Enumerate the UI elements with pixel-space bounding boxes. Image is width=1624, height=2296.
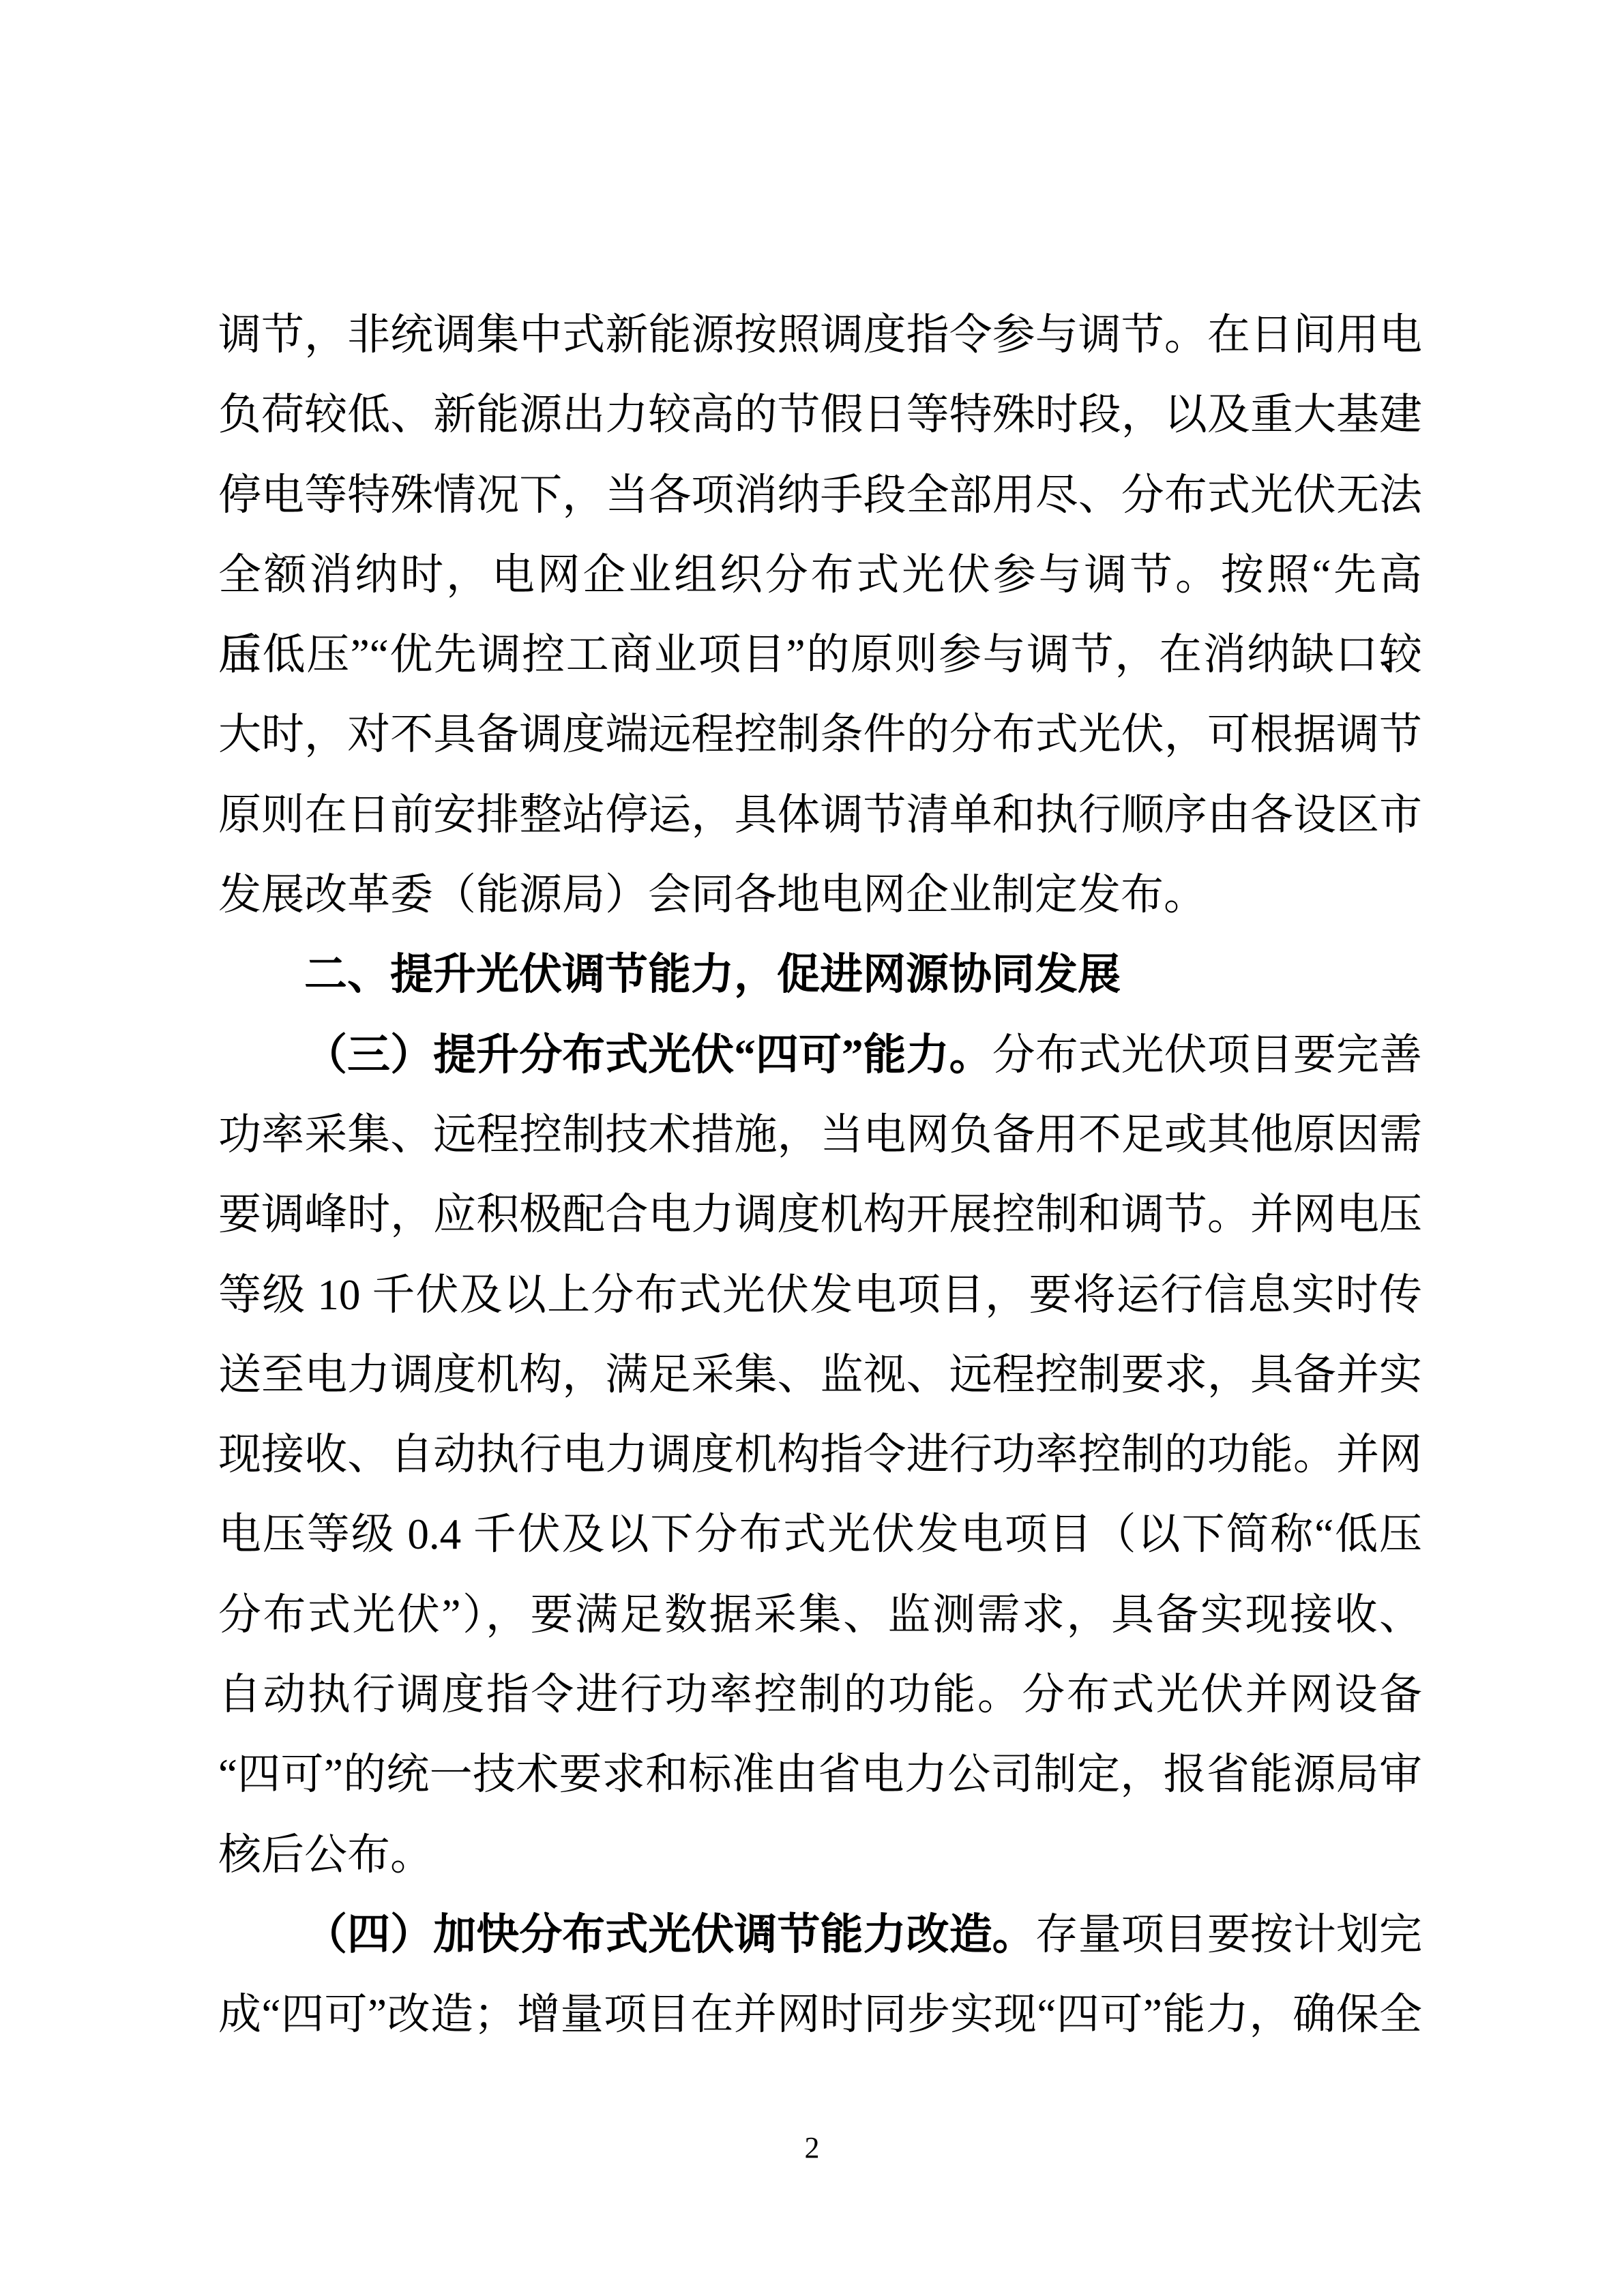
text-line: 送至电力调度机构，满足采集、监视、远程控制要求，具备并实 [218, 1335, 1422, 1415]
body-text: 分布式光伏项目要完善 [992, 1031, 1422, 1079]
text-line: 等级 10 千伏及以上分布式光伏发电项目，要将运行信息实时传 [218, 1255, 1422, 1335]
body-text: 等级 10 千伏及以上分布式光伏发电项目，要将运行信息实时传 [218, 1271, 1422, 1319]
body-text: 发展改革委（能源局）会同各地电网企业制定发布。 [218, 871, 1207, 919]
text-block: 调节，非统调集中式新能源按照调度指令参与调节。在日间用电负荷较低、新能源出力较高… [218, 295, 1422, 2055]
body-text: 分布式光伏”），要满足数据采集、监测需求，具备实现接收、 [218, 1591, 1422, 1639]
text-line: 后低压”“优先调控工商业项目”的原则参与调节，在消纳缺口较 [218, 615, 1422, 695]
text-line: 发展改革委（能源局）会同各地电网企业制定发布。 [218, 855, 1422, 935]
body-text: 要调峰时，应积极配合电力调度机构开展控制和调节。并网电压 [218, 1191, 1422, 1238]
text-line: “四可”的统一技术要求和标准由省电力公司制定，报省能源局审 [218, 1735, 1422, 1815]
body-text: 功率采集、远程控制技术措施，当电网负备用不足或其他原因需 [218, 1111, 1422, 1159]
page-number: 2 [0, 2117, 1624, 2179]
text-line: 二、提升光伏调节能力，促进网源协同发展 [218, 935, 1422, 1015]
body-text: “四可”的统一技术要求和标准由省电力公司制定，报省能源局审 [218, 1750, 1422, 1798]
text-line: 自动执行调度指令进行功率控制的功能。分布式光伏并网设备 [218, 1655, 1422, 1735]
body-text: 负荷较低、新能源出力较高的节假日等特殊时段，以及重大基建 [218, 391, 1422, 438]
text-line: （四）加快分布式光伏调节能力改造。存量项目要按计划完 [218, 1895, 1422, 1975]
text-line: 成“四可”改造；增量项目在并网时同步实现“四可”能力，确保全 [218, 1975, 1422, 2055]
body-text: 原则在日前安排整站停运，具体调节清单和执行顺序由各设区市 [218, 791, 1422, 839]
body-text: 后低压”“优先调控工商业项目”的原则参与调节，在消纳缺口较 [218, 631, 1422, 679]
body-text: 送至电力调度机构，满足采集、监视、远程控制要求，具备并实 [218, 1351, 1422, 1399]
body-text: 停电等特殊情况下，当各项消纳手段全部用尽、分布式光伏无法 [218, 471, 1422, 519]
text-line: 负荷较低、新能源出力较高的节假日等特殊时段，以及重大基建 [218, 375, 1422, 455]
body-text: 存量项目要按计划完 [1035, 1911, 1422, 1958]
text-line: （三）提升分布式光伏“四可”能力。分布式光伏项目要完善 [218, 1015, 1422, 1095]
text-line: 现接收、自动执行电力调度机构指令进行功率控制的功能。并网 [218, 1415, 1422, 1495]
text-line: 全额消纳时，电网企业组织分布式光伏参与调节。按照“先高压、 [218, 535, 1422, 615]
paragraph-lead: （四）加快分布式光伏调节能力改造。 [304, 1911, 1035, 1958]
text-line: 大时，对不具备调度端远程控制条件的分布式光伏，可根据调节 [218, 695, 1422, 775]
body-text: 成“四可”改造；增量项目在并网时同步实现“四可”能力，确保全 [218, 1991, 1422, 2038]
section-heading: 二、提升光伏调节能力，促进网源协同发展 [304, 951, 1121, 998]
document-page: 调节，非统调集中式新能源按照调度指令参与调节。在日间用电负荷较低、新能源出力较高… [0, 0, 1624, 2296]
text-line: 电压等级 0.4 千伏及以下分布式光伏发电项目（以下简称“低压 [218, 1495, 1422, 1575]
body-text: 大时，对不具备调度端远程控制条件的分布式光伏，可根据调节 [218, 711, 1422, 758]
text-line: 要调峰时，应积极配合电力调度机构开展控制和调节。并网电压 [218, 1175, 1422, 1255]
body-text: 现接收、自动执行电力调度机构指令进行功率控制的功能。并网 [218, 1431, 1422, 1478]
paragraph-lead: （三）提升分布式光伏“四可”能力。 [304, 1031, 992, 1079]
body-text: 核后公布。 [218, 1831, 433, 1879]
body-text: 自动执行调度指令进行功率控制的功能。分布式光伏并网设备 [218, 1671, 1422, 1718]
body-text: 电压等级 0.4 千伏及以下分布式光伏发电项目（以下简称“低压 [218, 1510, 1422, 1558]
text-line: 核后公布。 [218, 1815, 1422, 1895]
text-line: 分布式光伏”），要满足数据采集、监测需求，具备实现接收、 [218, 1575, 1422, 1655]
body-text: 调节，非统调集中式新能源按照调度指令参与调节。在日间用电 [218, 311, 1422, 359]
text-line: 原则在日前安排整站停运，具体调节清单和执行顺序由各设区市 [218, 775, 1422, 855]
text-line: 功率采集、远程控制技术措施，当电网负备用不足或其他原因需 [218, 1095, 1422, 1175]
text-line: 调节，非统调集中式新能源按照调度指令参与调节。在日间用电 [218, 295, 1422, 375]
text-line: 停电等特殊情况下，当各项消纳手段全部用尽、分布式光伏无法 [218, 456, 1422, 535]
